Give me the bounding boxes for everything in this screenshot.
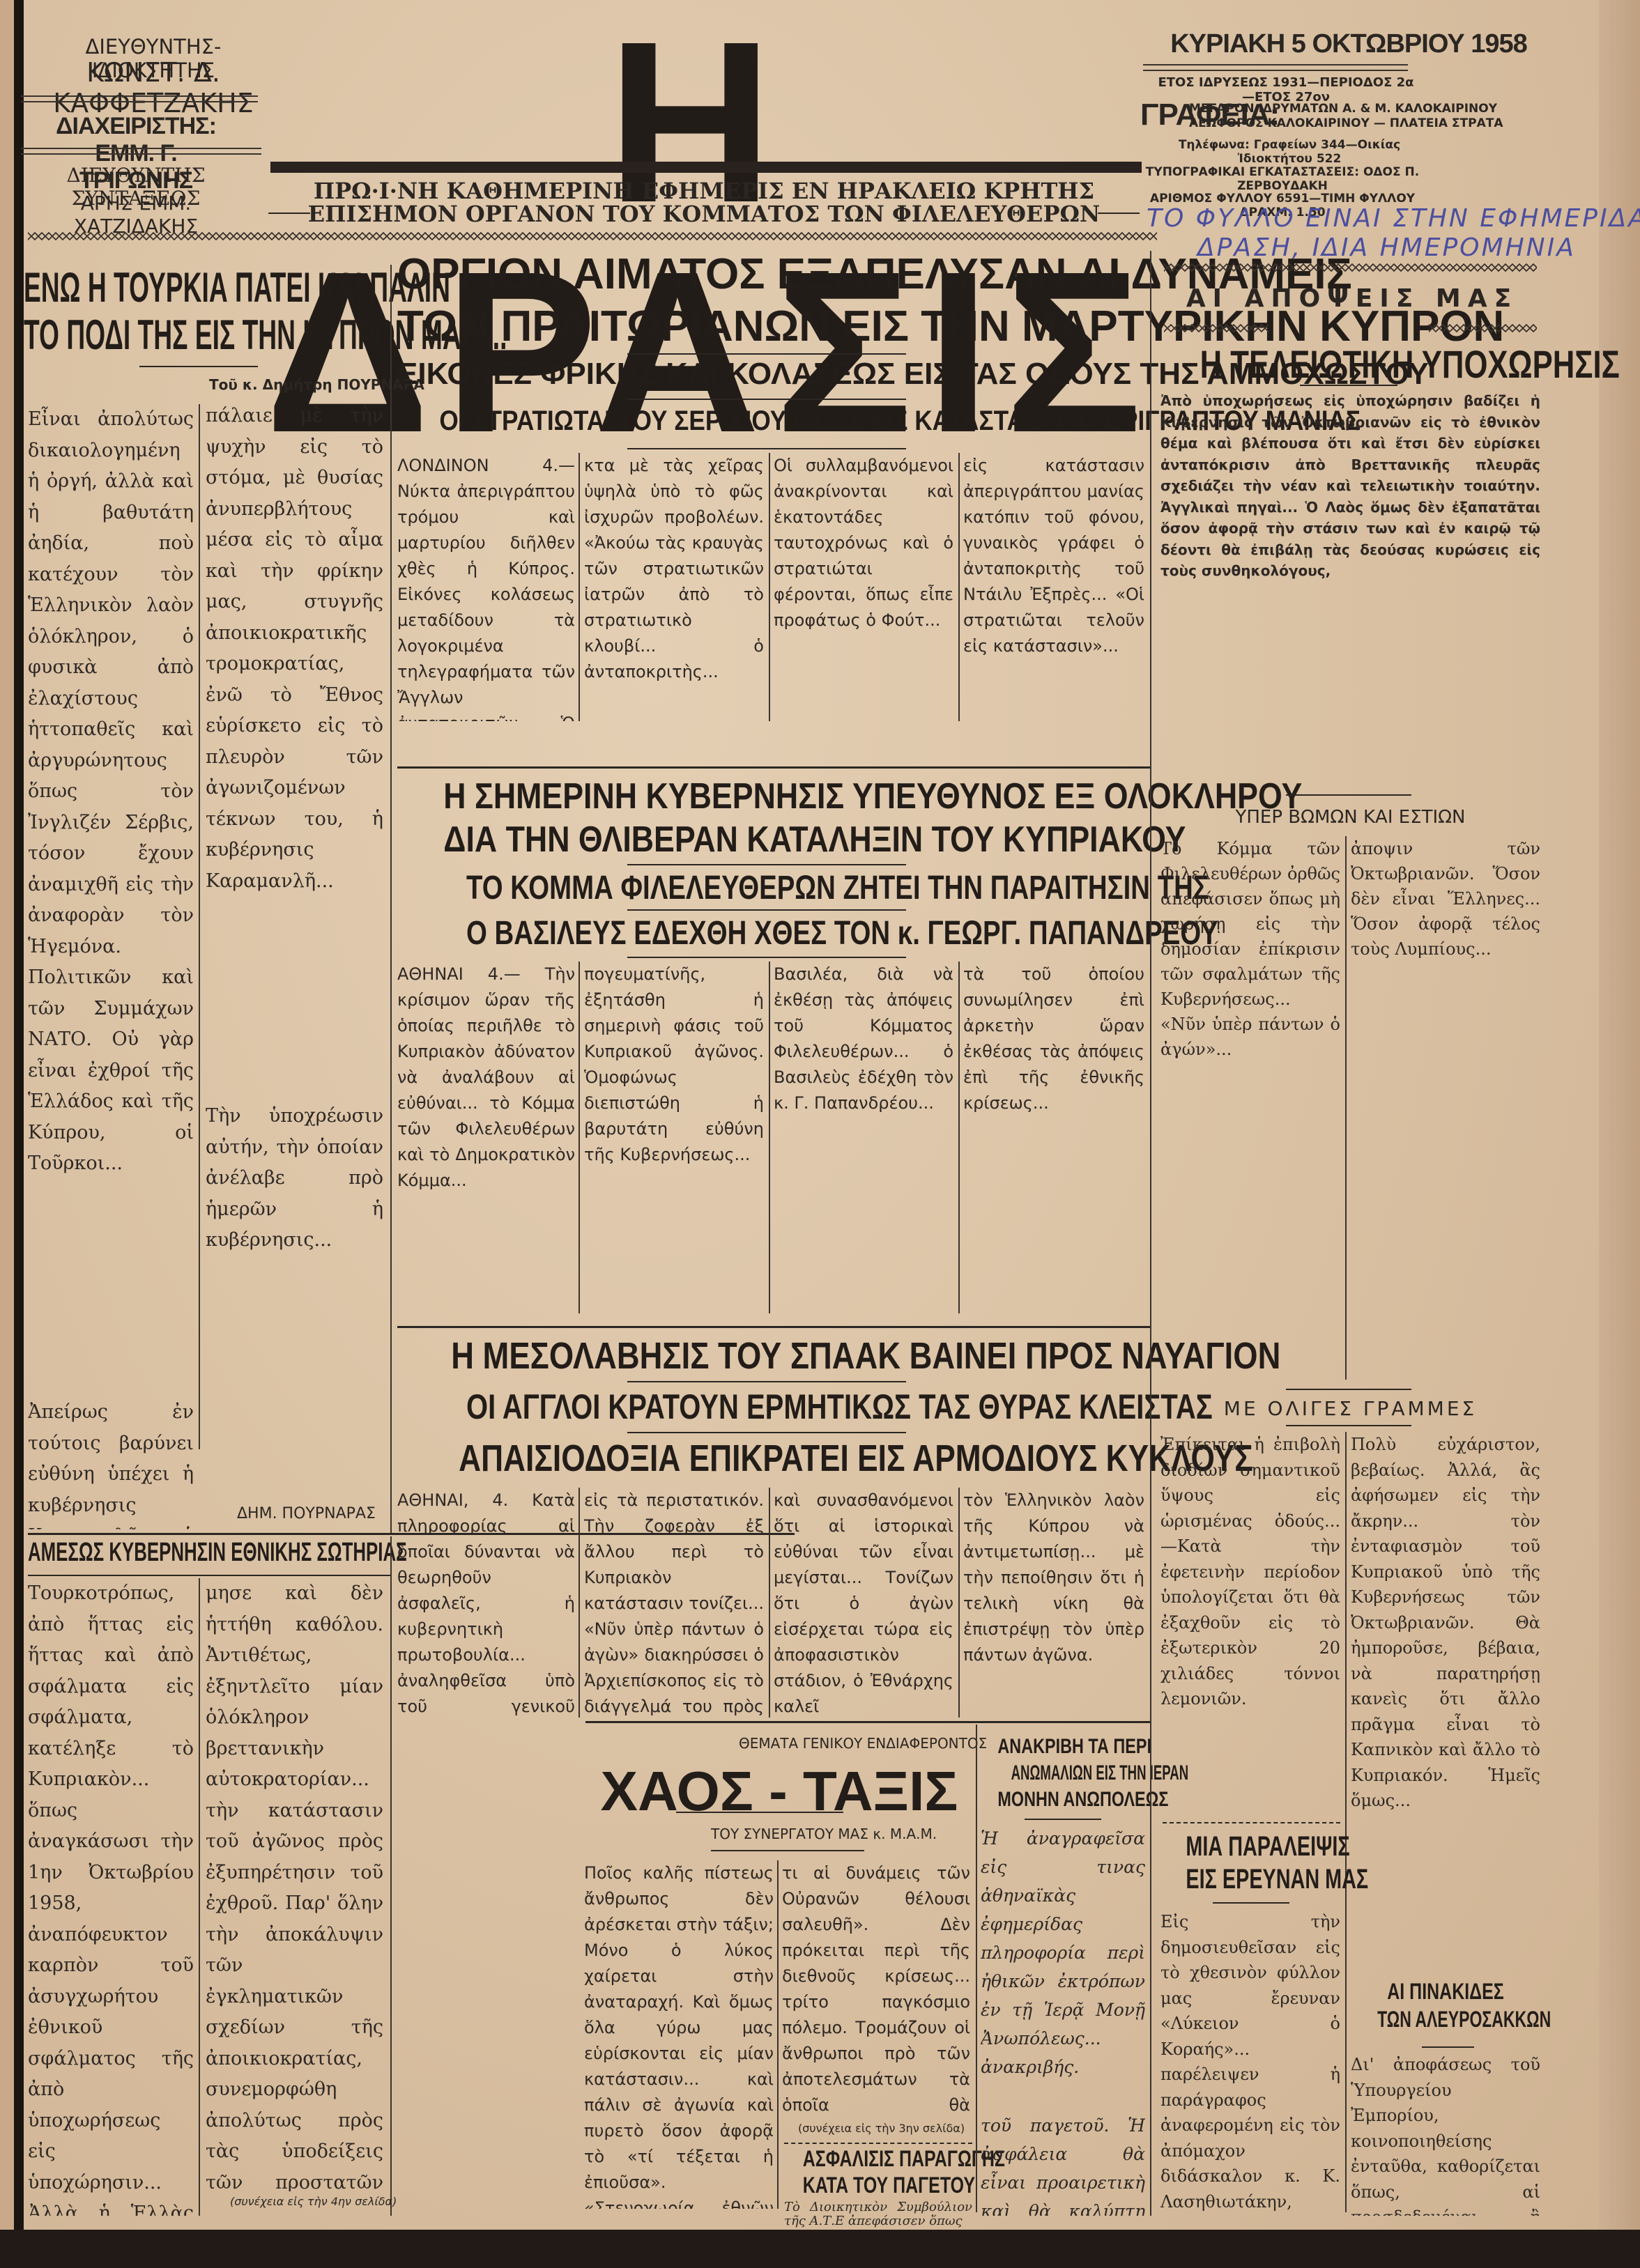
altars-headline: ΥΠΕΡ ΒΩΜΩΝ ΚΑΙ ΕΣΤΙΩΝ — [1160, 807, 1540, 828]
flour-headline-2: ΤΩΝ ΑΛΕΥΡΟΣΑΚΚΩΝ — [1377, 2007, 1514, 2032]
column-rule — [1345, 836, 1347, 1380]
spaak-col-3: καὶ συνασθανόμενοι ὅτι αἱ ἱστορικαὶ εὐθύ… — [774, 1488, 953, 1718]
insurance-headline-1: ΑΣΦΑΛΙΣΙΣ ΠΑΡΑΓΩΓΗΣ — [803, 2146, 950, 2172]
page-bottom-edge — [0, 2230, 1640, 2268]
editor-name: ΑΡΗΣ ΕΜΜ. ΧΑΤΖΙΔΑΚΗΣ — [52, 192, 220, 238]
wavy-divider — [1164, 263, 1537, 272]
national-gov-col-2: μησε καὶ δὲν ἡττήθη καθόλου. Ἀντιθέτως, … — [206, 1578, 383, 2191]
divider — [627, 448, 906, 449]
divider — [21, 95, 258, 102]
orgy-subhead-2: ΟΙ ΣΤΡΑΤΙΩΤΑΙ ΤΟΥ ΣΕΡ ΧΙΟΥ ΦΟΥΤ ΕΙΣ ΚΑΤΑ… — [439, 406, 1108, 437]
masthead-underbar — [270, 162, 1142, 173]
divider — [585, 1721, 1150, 1723]
wavy-divider — [1164, 324, 1269, 332]
divider — [28, 1575, 390, 1576]
divider — [627, 864, 906, 865]
column-rule — [958, 1488, 960, 1718]
insurance-col-1: Τὸ Διοικητικὸν Συμβούλιον τῆς Α.Τ.Ε ἀπεφ… — [784, 2200, 972, 2228]
offices-address-2: ΛΕΩΦΟΡΟΣ ΚΑΛΟΚΑΙΡΙΝΟΥ — ΠΛΑΤΕΙΑ ΣΤΡΑΤΑ — [1189, 116, 1503, 130]
orgy-headline-1: ΟΡΓΙΟΝ ΑΙΜΑΤΟΣ ΕΞΑΠΕΛΥΣΑΝ ΑΙ ΔΥΝΑΜΕΙΣ — [397, 249, 1150, 299]
orgy-col-4: εἰς κατάστασιν ἀπεριγράπτου μανίας κατόπ… — [963, 453, 1144, 721]
national-gov-continued: (συνέχεια εἰς τὴν 4ην σελίδα) — [230, 2195, 397, 2208]
column-rule — [1150, 251, 1151, 2216]
divider — [627, 957, 906, 958]
omission-col-1: Εἰς τὴν δημοσιευθεῖσαν εἰς τὸ χθεσινὸν φ… — [1160, 1909, 1340, 2216]
column-rule — [1345, 1432, 1347, 2212]
wavy-divider — [28, 232, 1157, 240]
divider — [139, 366, 258, 367]
chaos-col-1: Ποῖος καλῆς πίστεως ἄνθρωπος δὲν ἀρέσκετ… — [584, 1860, 774, 2209]
divider — [21, 148, 261, 155]
column-rule — [976, 1725, 977, 2212]
flour-headline-1: ΑΙ ΠΙΝΑΚΙΔΕΣ — [1372, 1979, 1519, 2005]
few-lines-col-1: Ἐπίκειται ἡ ἐπιβολὴ διοδίων σημαντικοῦ ὕ… — [1160, 1432, 1340, 1822]
government-col-2: πογευματίνῆς, ἐξητάσθη ἡ σημερινὴ φάσις … — [584, 962, 764, 1313]
editorial-headline: Η ΤΕΛΕΙΩΤΙΚΗ ΥΠΟΧΩΡΗΣΙΣ — [1200, 341, 1505, 387]
monastery-headline-1: ΑΝΑΚΡΙΒΗ ΤΑ ΠΕΡΙ — [997, 1735, 1128, 1759]
divider — [627, 1381, 906, 1382]
spaak-col-1: ΑΘΗΝΑΙ, 4. Κατὰ πληροφορίας αἱ ὁποῖαι δύ… — [397, 1488, 575, 1718]
turkey-col-3: Ἀπείρως ἐν τούτοις βαρύνει εὐθύνη ὑπέχει… — [28, 1397, 194, 1529]
printing-line: ΤΥΠΟΓΡΑΦΙΚΑΙ ΕΓΚΑΤΑΣΤΑΣΕΙΣ: ΟΔΟΣ Π. ΖΕΡΒ… — [1143, 165, 1422, 193]
divider — [1025, 1819, 1101, 1820]
turkey-col-2: πάλαιε μὲ τὴν ψυχὴν εἰς τὸ στόμα, μὲ θυσ… — [206, 401, 383, 1090]
government-subhead-1: ΤΟ ΚΟΜΜΑ ΦΙΛΕΛΕΥΘΕΡΩΝ ΖΗΤΕΙ ΤΗΝ ΠΑΡΑΙΤΗΣ… — [466, 869, 1074, 907]
divider — [627, 909, 906, 911]
wavy-divider — [1429, 324, 1537, 332]
divider — [1300, 385, 1397, 386]
editorial-box-title: ΑΙ ΑΠΟΨΕΙΣ ΜΑΣ — [1164, 284, 1540, 313]
column-rule — [769, 962, 770, 1313]
divider — [1286, 794, 1411, 796]
government-headline-1: Η ΣΗΜΕΡΙΝΗ ΚΥΒΕΡΝΗΣΙΣ ΥΠΕΥΘΥΝΟΣ ΕΞ ΟΛΟΚΛ… — [443, 776, 1096, 817]
chaos-continued: (συνέχεια εἰς τὴν 3ην σελίδα) — [798, 2122, 965, 2135]
column-rule — [578, 453, 580, 721]
divider — [627, 1432, 906, 1433]
chaos-section-label: ΘΕΜΑΤΑ ΓΕΝΙΚΟΥ ΕΝΔΙΑΦΕΡΟΝΤΟΣ — [739, 1735, 987, 1752]
monastery-headline-3: ΜΟΝΗΝ ΑΝΩΠΟΛΕΩΣ — [997, 1788, 1128, 1812]
divider — [1213, 1902, 1289, 1904]
insurance-headline-2: ΚΑΤΑ ΤΟΥ ΠΑΓΕΤΟΥ — [803, 2173, 950, 2198]
divider — [1286, 1389, 1411, 1390]
spaak-headline-3: ΑΠΑΙΣΙΟΔΟΞΙΑ ΕΠΙΚΡΑΤΕΙ ΕΙΣ ΑΡΜΟΔΙΟΥΣ ΚΥΚ… — [459, 1437, 1082, 1480]
turkey-headline-1: ΕΝΩ Η ΤΟΥΡΚΙΑ ΠΑΤΕΙ ΚΑΙ ΠΑΛΙΝ — [24, 263, 387, 311]
orgy-col-3: Οἱ συλλαμβανόμενοι ἀνακρίνονται καὶ ἑκατ… — [774, 453, 953, 721]
few-lines-headline: ΜΕ ΟΛΙΓΕΣ ΓΡΑΜΜΕΣ — [1160, 1397, 1540, 1420]
spaak-headline-2: ΟΙ ΑΓΓΛΟΙ ΚΡΑΤΟΥΝ ΕΡΜΗΤΙΚΩΣ ΤΑΣ ΘΥΡΑΣ ΚΛ… — [466, 1387, 1074, 1427]
turkey-col-4: Τὴν ὑποχρέωσιν αὐτήν, τὴν ὁποίαν ἀνέλαβε… — [206, 1101, 383, 1491]
divider — [1286, 1425, 1411, 1426]
divider — [676, 1812, 843, 1813]
divider — [1422, 2046, 1474, 2048]
omission-headline-1: ΜΙΑ ΠΑΡΑΛΕΙΨΙΣ — [1186, 1831, 1316, 1862]
government-col-1: ΑΘΗΝΑΙ 4.— Τὴν κρίσιμον ὥραν τῆς ὁποίας … — [397, 962, 575, 1313]
divider — [397, 1326, 1150, 1328]
turkey-byline: Τοῦ κ. Δημήτρη ΠΟΥΡΝΑΡΑ — [209, 376, 424, 393]
flour-col-1: Δι' ἀποφάσεως τοῦ Ὑπουργείου Ἐμπορίου, κ… — [1351, 2052, 1540, 2216]
column-rule — [958, 453, 960, 721]
issue-date: ΚΥΡΙΑΚΗ 5 ΟΚΤΩΒΡΙΟΥ 1958 — [1157, 29, 1540, 59]
director-owner-name: ΚΩΝΣΤ. Δ. ΚΑΦΦΕΤΖΑΚΗΣ — [35, 57, 272, 118]
column-rule — [769, 1488, 770, 1718]
column-rule — [958, 962, 960, 1313]
government-subhead-2: Ο ΒΑΣΙΛΕΥΣ ΕΔΕΧΘΗ ΧΘΕΣ ΤΟΝ κ. ΓΕΩΡΓ. ΠΑΠ… — [466, 914, 1074, 952]
phones-line: Τηλέφωνα: Γραφείων 344—Οικίας Ἰδιοκτήτου… — [1157, 138, 1422, 166]
editorial-body: Ἀπὸ ὑποχωρήσεως εἰς ὑποχώρησιν βαδίζει ἡ… — [1160, 390, 1540, 742]
insurance-col-2: τοῦ παγετοῦ. Ἡ ἀσφάλεια θὰ εἶναι προαιρε… — [981, 2111, 1145, 2216]
turkey-headline-2: ΤΟ ΠΟΔΙ ΤΗΣ ΕΙΣ ΤΗΝ ΚΥΠΡΟΝ ΜΑΣ!... — [24, 311, 387, 359]
divider — [1098, 213, 1140, 214]
offices-address-1: ΜΕΓΑΡΟΝ ΙΔΡΥΜΑΤΩΝ Α. & Μ. ΚΑΛΟΚΑΙΡΙΝΟΥ — [1189, 102, 1497, 116]
national-gov-headline: ΑΜΕΣΩΣ ΚΥΒΕΡΝΗΣΙΝ ΕΘΝΙΚΗΣ ΣΩΤΗΡΙΑΣ — [28, 1538, 397, 1568]
column-rule — [578, 1488, 580, 1718]
spaak-headline-1: Η ΜΕΣΟΛΑΒΗΣΙΣ ΤΟΥ ΣΠΑΑΚ ΒΑΙΝΕΙ ΠΡΟΣ ΝΑΥΑ… — [451, 1334, 1089, 1378]
spaak-col-4: τὸν Ἑλληνικὸν λαὸν τῆς Κύπρου νὰ ἀντιμετ… — [963, 1488, 1144, 1718]
divider — [1143, 64, 1408, 71]
spaak-col-2: εἰς τὰ περιστατικόν. Τὴν ζοφερὰν ἐξ ἄλλο… — [584, 1488, 764, 1718]
turkey-col-1: Εἶναι ἀπολύτως δικαιολογημένη ἡ ὀργή, ἀλ… — [28, 404, 194, 1394]
government-col-4: τὰ τοῦ ὁποίου συνωμίλησεν ἐπὶ ἀρκετὴν ὥρ… — [963, 962, 1144, 1313]
few-lines-col-2: Πολὺ εὐχάριστον, βεβαίως. Ἀλλά, ἂς ἀφήσω… — [1351, 1432, 1540, 1975]
masthead-subtitle-2: ΕΠΙΣΗΜΟΝ ΟΡΓΑΝΟΝ ΤΟΥ ΚΟΜΜΑΤΟΣ ΤΩΝ ΦΙΛΕΛΕ… — [265, 201, 1143, 227]
column-rule — [390, 1536, 392, 2216]
page-edge — [1599, 0, 1640, 2268]
government-headline-2: ΔΙΑ ΤΗΝ ΘΛΙΒΕΡΑΝ ΚΑΤΑΛΗΞΙΝ ΤΟΥ ΚΥΠΡΙΑΚΟΥ — [443, 819, 1096, 861]
divider — [1163, 1822, 1340, 1823]
divider — [711, 1850, 864, 1851]
column-rule — [390, 265, 392, 1533]
column-rule — [199, 1578, 200, 2216]
column-rule — [199, 404, 200, 1449]
altars-col-2: ἀποψιν τῶν Ὀκτωβριανῶν. Ὅσον δὲν εἶναι Ἕ… — [1351, 836, 1540, 1380]
turkey-signature: ΔΗΜ. ΠΟΥΡΝΑΡΑΣ — [237, 1505, 376, 1522]
omission-headline-2: ΕΙΣ ΕΡΕΥΝΑΝ ΜΑΣ — [1186, 1864, 1316, 1895]
altars-col-1: Τὸ Κόμμα τῶν Φιλελευθέρων ὀρθῶς ἀπεφάσισ… — [1160, 836, 1340, 1380]
orgy-col-1: ΛΟΝΔΙΝΟΝ 4.— Νύκτα ἀπεριγράπτου τρόμου κ… — [397, 453, 575, 721]
chaos-headline: ΧΑΟΣ - ΤΑΞΙΣ — [584, 1759, 974, 1823]
column-rule — [578, 962, 580, 1313]
monastery-headline-2: ΑΝΩΜΑΛΙΩΝ ΕΙΣ ΤΗΝ ΙΕΡΑΝ — [1011, 1761, 1115, 1785]
orgy-col-2: κτα μὲ τὰς χεῖρας ὑψηλὰ ὑπὸ τὸ φῶς ἰσχυρ… — [584, 453, 764, 721]
government-col-3: Βασιλέα, διὰ νὰ ἐκθέσῃ τὰς ἀπόψεις τοῦ Κ… — [774, 962, 953, 1313]
divider — [627, 399, 906, 400]
chaos-byline: ΤΟΥ ΣΥΝΕΡΓΑΤΟΥ ΜΑΣ κ. Μ.Α.Μ. — [711, 1826, 937, 1842]
orgy-subhead-1: ΕΙΚΟΝΕΣ ΦΡΙΚΗΣ ΚΑΙ ΚΟΛΑΣΕΩΣ ΕΙΣ ΤΑΣ ΟΔΟΥ… — [397, 357, 1150, 392]
divider — [627, 353, 906, 355]
column-rule — [777, 1860, 779, 2209]
divider — [784, 2143, 972, 2144]
handwritten-note-1: ΤΟ ΦΥΛΛΟ ΕΙΝΑΙ ΣΤΗΝ ΕΦΗΜΕΡΙΔΑ — [1147, 204, 1640, 233]
divider — [397, 766, 1150, 769]
orgy-headline-2: ΤΩΝ ΠΡΑΙΤΩΡΙΑΝΩΝ ΕΙΣ ΤΗΝ ΜΑΡΤΥΡΙΚΗΝ ΚΥΠΡ… — [397, 302, 1150, 351]
chaos-col-2: τι αἱ δυνάμεις τῶν Οὐρανῶν θέλουσι σαλευ… — [782, 1860, 970, 2115]
national-gov-col-1: Τουρκοτρόπως, ἀπὸ ἥττας εἰς ἥττας καὶ ἀπ… — [28, 1578, 194, 2216]
column-rule — [769, 453, 770, 721]
